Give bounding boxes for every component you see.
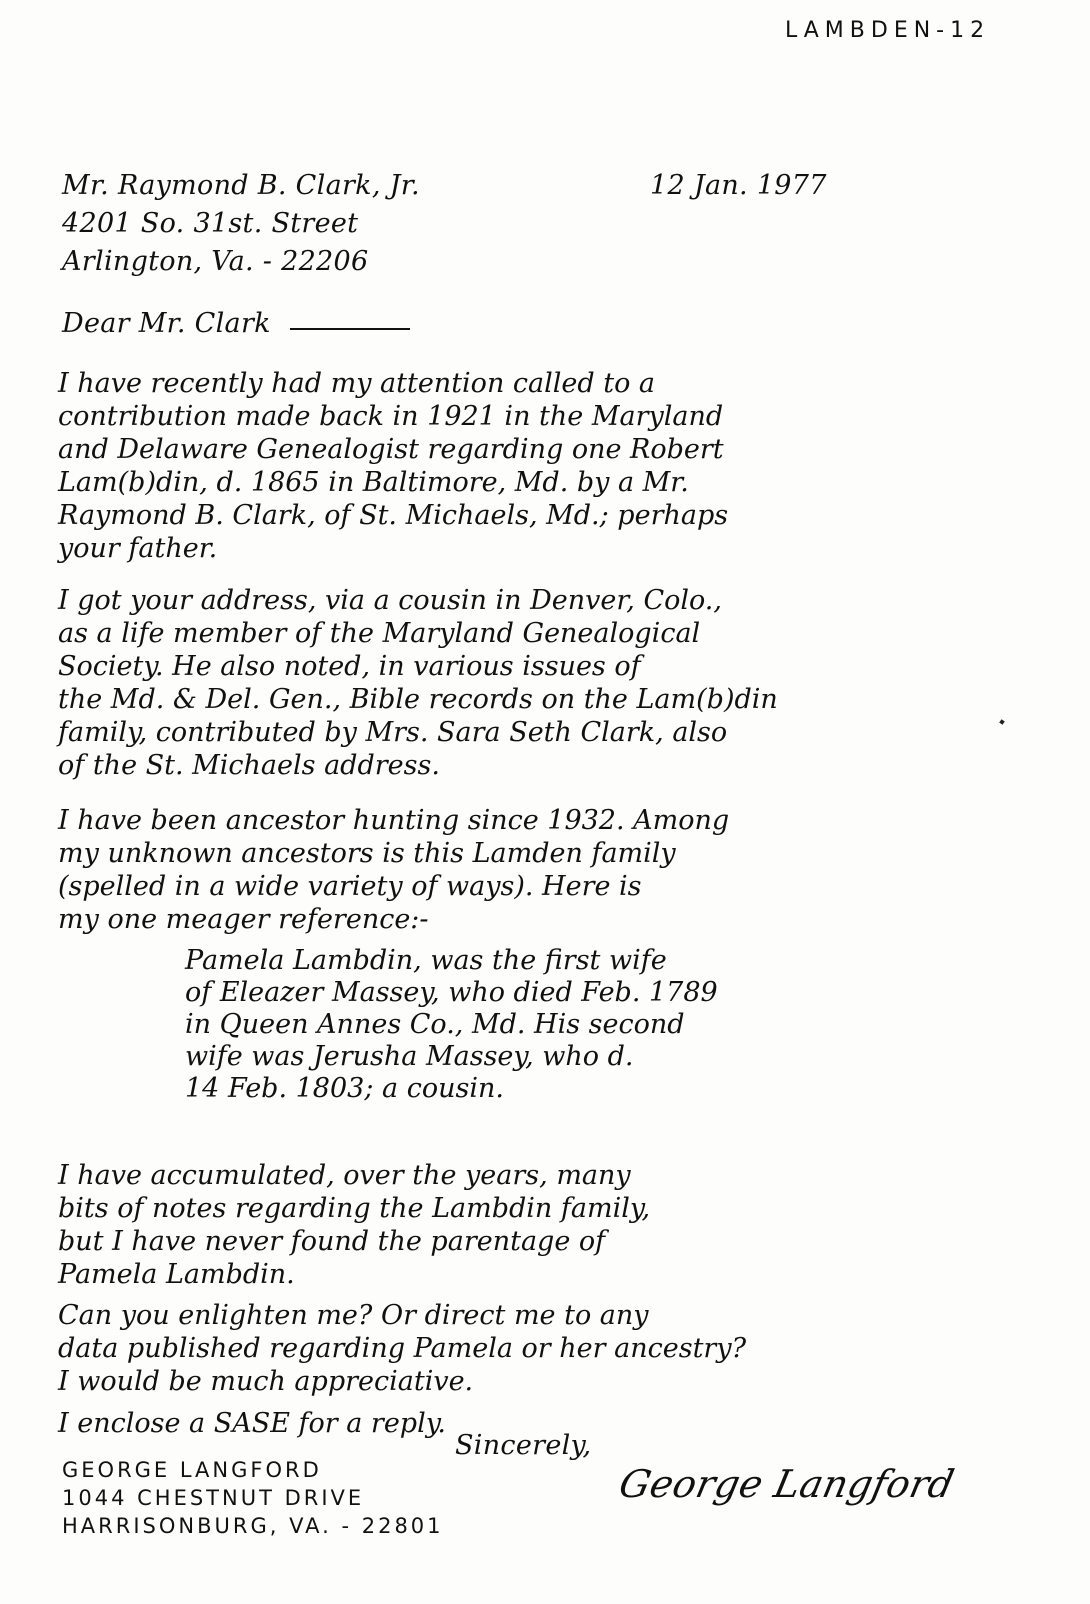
paragraph-line: I got your address, via a cousin in Denv… — [58, 585, 722, 616]
letter-page: LAMBDEN-12 12 Jan. 1977 Mr. Raymond B. C… — [0, 0, 1090, 1604]
paragraph-line: data published regarding Pamela or her a… — [58, 1333, 746, 1364]
paragraph-line: the Md. & Del. Gen., Bible records on th… — [58, 684, 778, 715]
quote-line: in Queen Annes Co., Md. His second — [185, 1009, 685, 1040]
quote-line: of Eleazer Massey, who died Feb. 1789 — [185, 977, 718, 1008]
paragraph-line: Raymond B. Clark, of St. Michaels, Md.; … — [58, 500, 728, 531]
sender-name: GEORGE LANGFORD — [62, 1458, 322, 1482]
recipient-street: 4201 So. 31st. Street — [62, 208, 358, 239]
paragraph-line: Can you enlighten me? Or direct me to an… — [58, 1300, 649, 1331]
closing: Sincerely, — [455, 1430, 591, 1461]
salutation: Dear Mr. Clark — [62, 308, 271, 339]
paragraph-line: of the St. Michaels address. — [58, 750, 440, 781]
paragraph-line: my one meager reference:- — [58, 904, 429, 935]
paragraph-line: bits of notes regarding the Lambdin fami… — [58, 1193, 650, 1224]
signature: George Langford — [615, 1462, 958, 1506]
file-reference: LAMBDEN-12 — [785, 18, 990, 43]
paragraph-line: my unknown ancestors is this Lamden fami… — [58, 838, 676, 869]
ink-speck — [999, 719, 1005, 725]
paragraph-line: Pamela Lambdin. — [58, 1259, 295, 1290]
paragraph-line: Lam(b)din, d. 1865 in Baltimore, Md. by … — [58, 467, 689, 498]
paragraph-line: and Delaware Genealogist regarding one R… — [58, 434, 724, 465]
quote-line: Pamela Lambdin, was the first wife — [185, 945, 667, 976]
paragraph-line: contribution made back in 1921 in the Ma… — [58, 401, 723, 432]
sender-city: HARRISONBURG, VA. - 22801 — [62, 1514, 444, 1538]
paragraph-line: I would be much appreciative. — [58, 1366, 473, 1397]
paragraph-line: as a life member of the Maryland Genealo… — [58, 618, 700, 649]
sender-street: 1044 CHESTNUT DRIVE — [62, 1486, 364, 1510]
paragraph-line: family, contributed by Mrs. Sara Seth Cl… — [58, 717, 727, 748]
quote-line: wife was Jerusha Massey, who d. — [185, 1041, 633, 1072]
paragraph-line: your father. — [58, 533, 217, 564]
paragraph-line: I enclose a SASE for a reply. — [58, 1408, 446, 1439]
paragraph-line: Society. He also noted, in various issue… — [58, 651, 641, 682]
salutation-dash — [290, 328, 410, 330]
recipient-city: Arlington, Va. - 22206 — [62, 246, 369, 277]
paragraph-line: (spelled in a wide variety of ways). Her… — [58, 871, 642, 902]
paragraph-line: I have recently had my attention called … — [58, 368, 655, 399]
paragraph-line: I have been ancestor hunting since 1932.… — [58, 805, 729, 836]
recipient-name: Mr. Raymond B. Clark, Jr. — [62, 170, 420, 201]
paragraph-line: but I have never found the parentage of — [58, 1226, 605, 1257]
quote-line: 14 Feb. 1803; a cousin. — [185, 1073, 504, 1104]
paragraph-line: I have accumulated, over the years, many — [58, 1160, 631, 1191]
letter-date: 12 Jan. 1977 — [650, 170, 827, 201]
